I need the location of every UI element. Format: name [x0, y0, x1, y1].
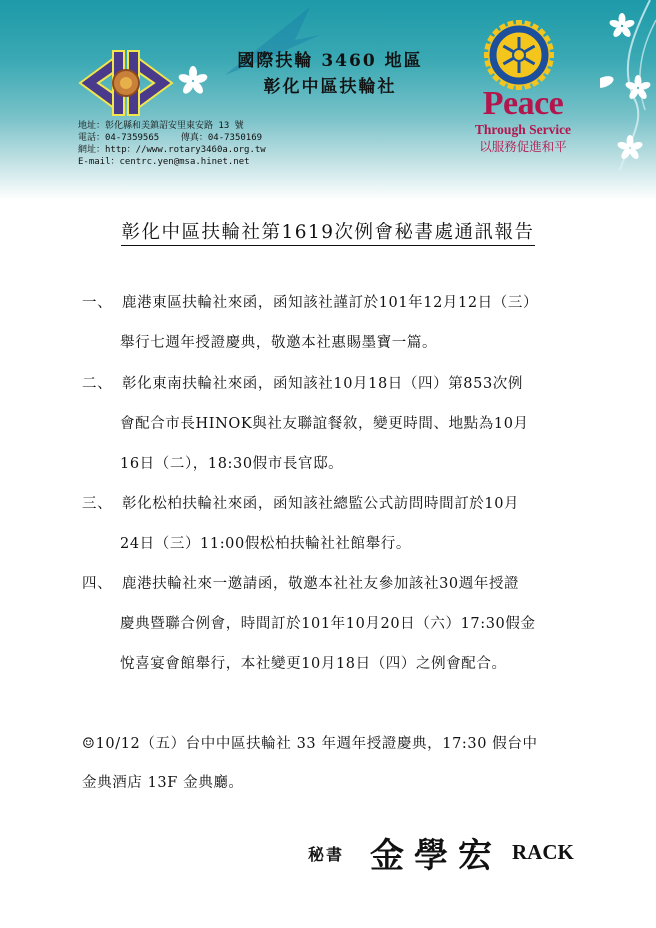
item-line: 悅喜宴會館舉行，本社變更10月18日（四）之例會配合。: [120, 652, 507, 673]
item-number: 四、: [82, 572, 112, 593]
flower-icon: [178, 65, 208, 97]
email: E-mail：centrc.yen@msa.hinet.net: [78, 156, 266, 168]
letterhead-banner: 國際扶輪 3460 地區 彰化中區扶輪社 地址：彰化縣和美鎮詔安里東安路 13 …: [0, 0, 656, 200]
rotary-wheel-icon: [484, 20, 554, 90]
event-note-line-1: ☺10/12（五）台中中區扶輪社 33 年週年授證慶典，17:30 假台中: [82, 732, 538, 753]
item-line: 16日（二），18:30假市長官邸。: [120, 452, 343, 473]
item-number: 二、: [82, 372, 112, 393]
item-number: 三、: [82, 492, 112, 513]
website: 網址：http：//www.rotary3460a.org.tw: [78, 144, 266, 156]
contact-info: 地址：彰化縣和美鎮詔安里東安路 13 號 電話：04-7359565 傳真：04…: [78, 120, 266, 168]
item-line: 彰化東南扶輪社來函，函知該社10月18日（四）第853次例: [122, 372, 523, 393]
organization-title: 國際扶輪 3460 地區 彰化中區扶輪社: [235, 48, 425, 100]
theme-main: Peace: [468, 86, 578, 122]
signatory-english-name: RACK: [512, 840, 574, 865]
item-line: 鹿港東區扶輪社來函，函知該社謹訂於101年12月12日（三）: [122, 291, 538, 312]
theme-logo: Peace Through Service 以服務促進和平: [468, 86, 578, 155]
club-emblem-icon: [78, 50, 174, 116]
event-note-line-2: 金典酒店 13F 金典廳。: [82, 771, 244, 792]
item-line: 會配合市長HINOK與社友聯誼餐敘，變更時間、地點為10月: [120, 412, 529, 433]
document-title: 彰化中區扶輪社第1619次例會秘書處通訊報告: [0, 218, 656, 244]
document-title-text: 彰化中區扶輪社第1619次例會秘書處通訊報告: [121, 222, 534, 246]
item-number: 一、: [82, 291, 112, 312]
signatory-name: 金學宏: [370, 828, 502, 877]
theme-chinese: 以服務促進和平: [468, 139, 578, 155]
club-name: 彰化中區扶輪社: [235, 74, 425, 100]
item-line: 彰化松柏扶輪社來函，函知該社總監公式訪問時間訂於10月: [122, 492, 519, 513]
item-line: 舉行七週年授證慶典，敬邀本社惠賜墨寶一篇。: [120, 331, 437, 352]
phone-fax: 電話：04-7359565 傳真：04-7350169: [78, 132, 266, 144]
item-line: 24日（三）11:00假松柏扶輪社社館舉行。: [120, 532, 411, 553]
signatory-role: 秘書: [308, 842, 344, 865]
theme-sub: Through Service: [468, 122, 578, 138]
district-name: 國際扶輪 3460 地區: [235, 48, 425, 74]
item-line: 慶典暨聯合例會，時間訂於101年10月20日（六）17:30假金: [120, 612, 536, 633]
item-line: 鹿港扶輪社來一邀請函，敬邀本社社友參加該社30週年授證: [122, 572, 519, 593]
signature-block: 秘書 金學宏 RACK: [0, 828, 656, 878]
address: 地址：彰化縣和美鎮詔安里東安路 13 號: [78, 120, 266, 132]
flower-vine-icon: [600, 0, 656, 170]
